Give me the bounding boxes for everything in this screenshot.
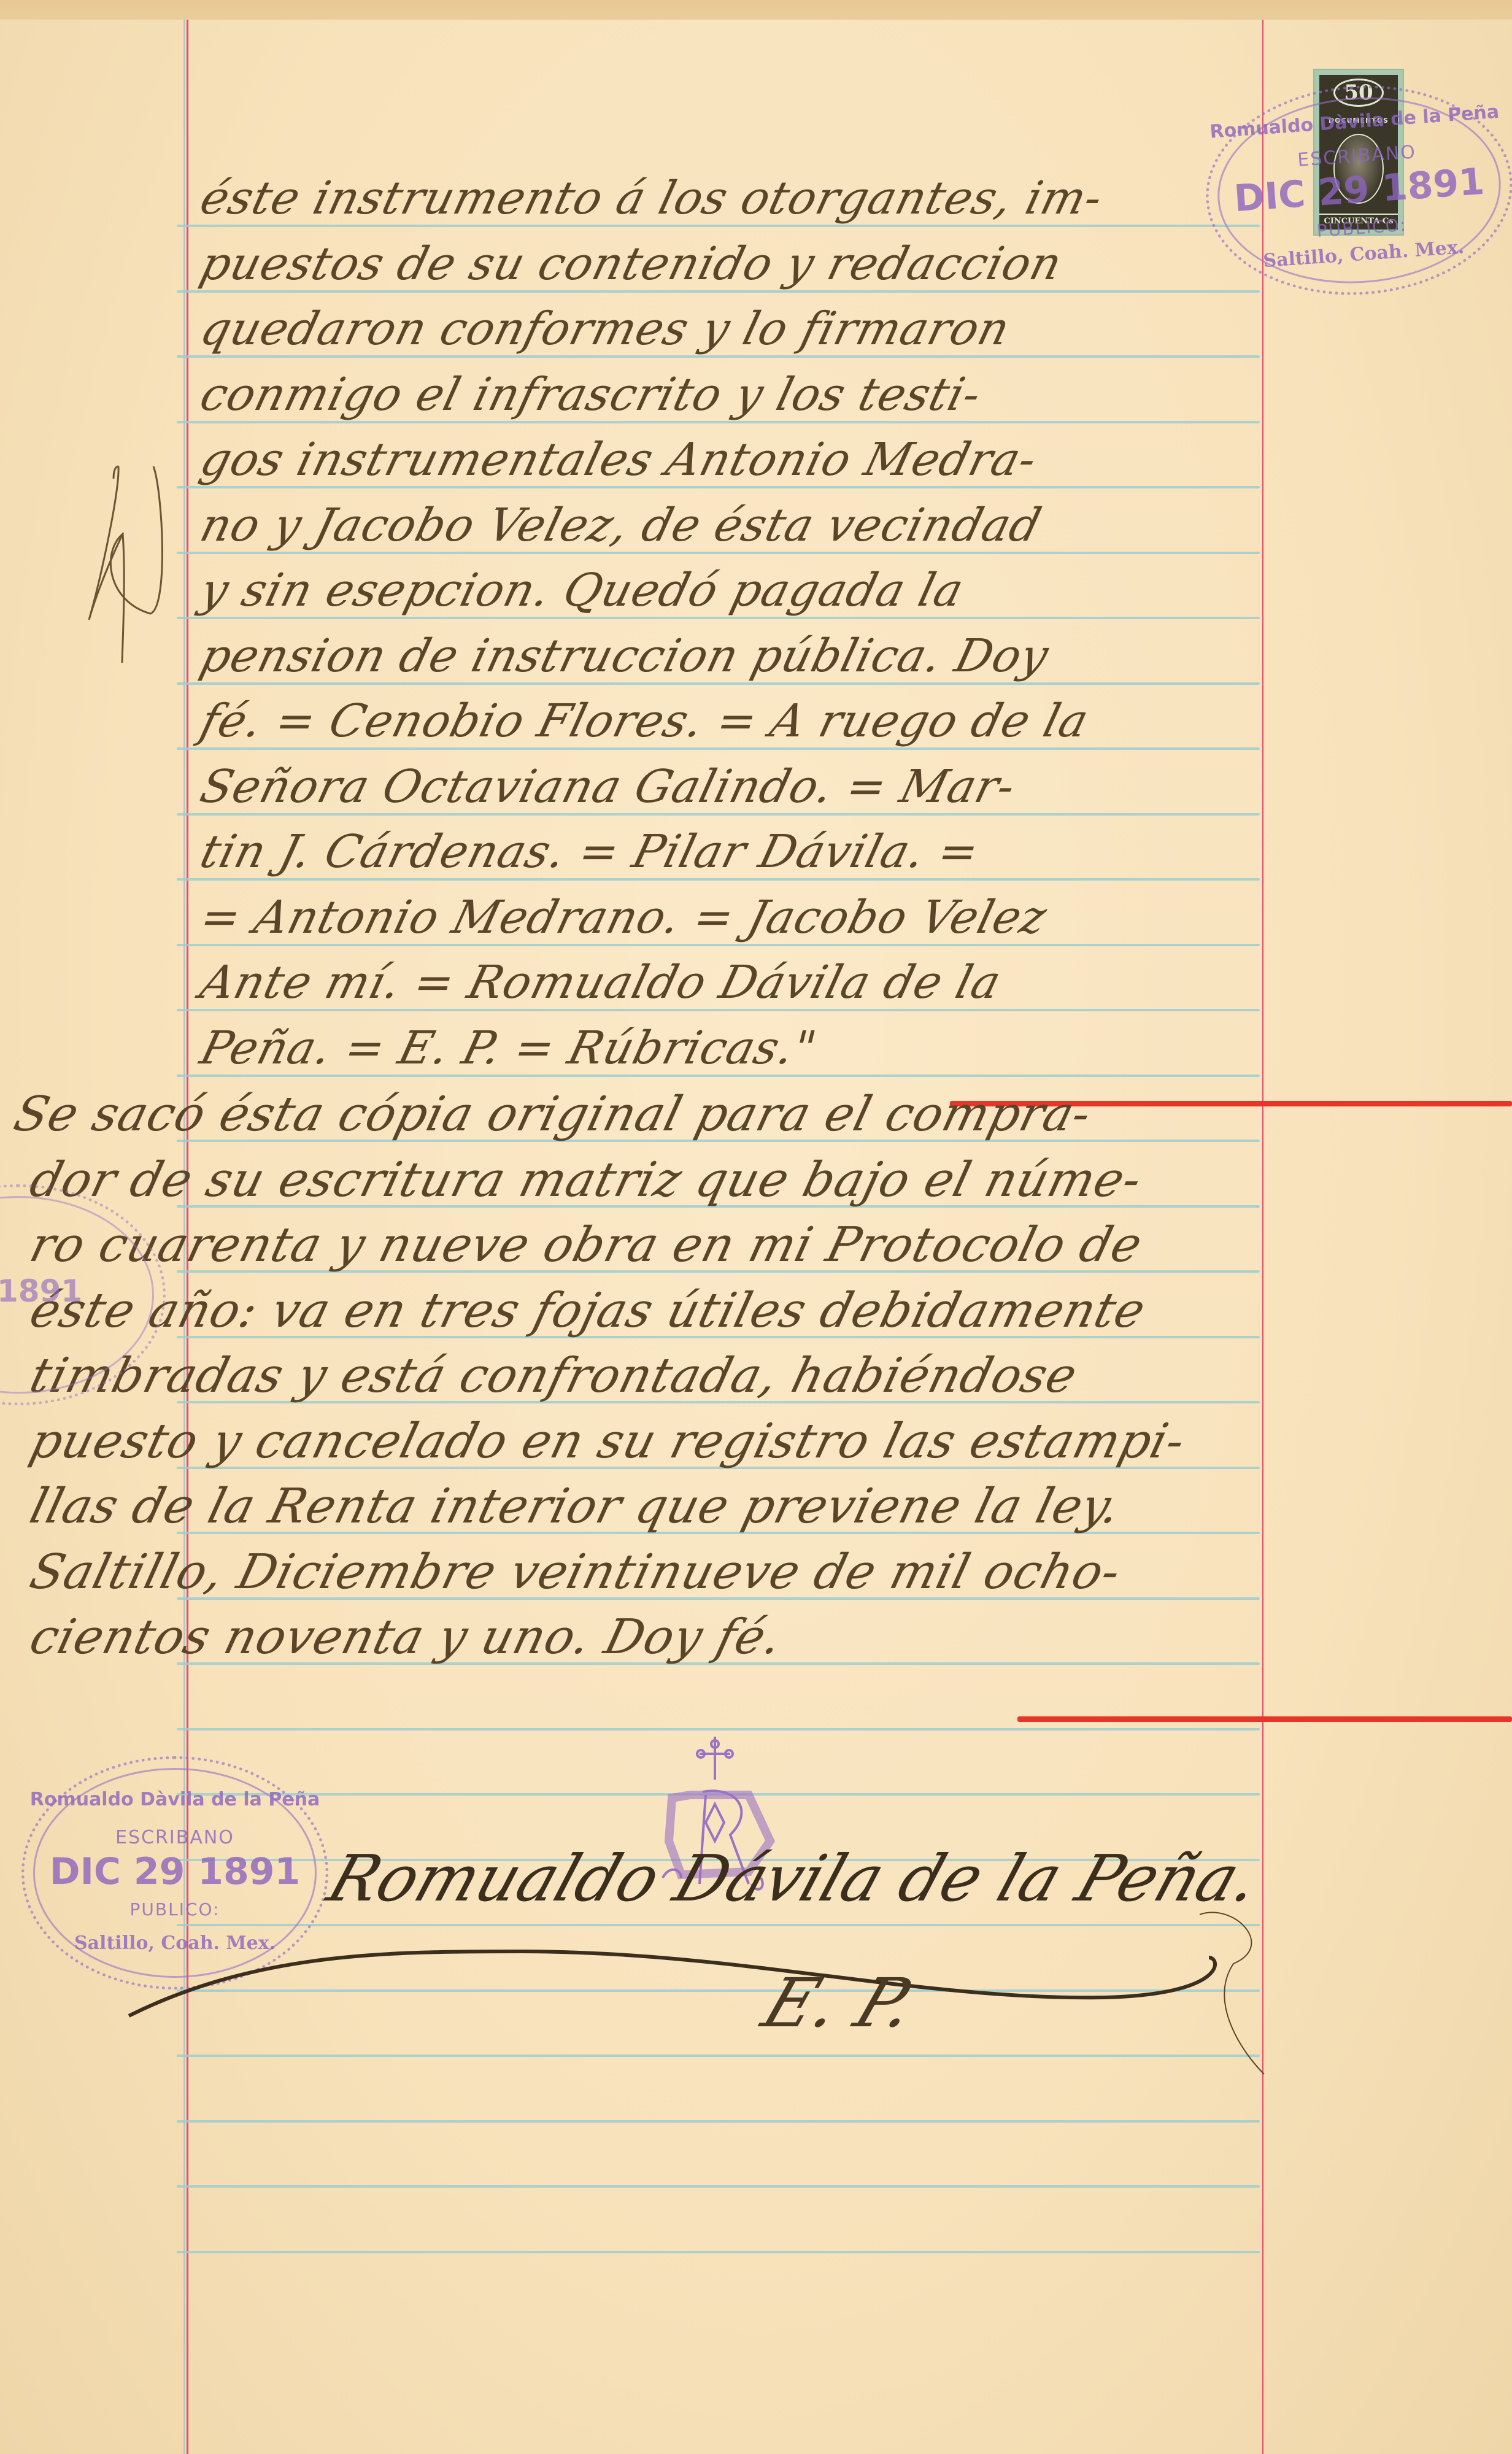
certificate-text-line: dor de su escritura matriz que bajo el n…: [25, 1152, 1147, 1208]
deed-text-line: puestos de su contenido y redaccion: [195, 237, 1068, 290]
certificate-text-line: ro cuarenta y nueve obra en mi Protocolo…: [25, 1217, 1148, 1273]
closing-red-rule-2: [1017, 1716, 1512, 1722]
seal-escribano: ESCRIBANO: [25, 1827, 325, 1848]
ruled-line: [177, 1924, 1260, 1926]
deed-text-line: quedaron conformes y lo firmaron: [195, 303, 1016, 355]
ruled-line: [177, 486, 1260, 488]
signature-name: Romualdo Dávila de la Peña.: [319, 1841, 1269, 1916]
page-top-fold: [0, 0, 1512, 21]
certificate-text-line: llas de la Renta interior que previene l…: [25, 1479, 1126, 1534]
ruled-line: [177, 552, 1260, 554]
deed-text-line: gos instrumentales Antonio Medra-: [195, 433, 1043, 486]
ruled-line: [177, 944, 1260, 946]
ruled-line: [177, 1989, 1260, 1992]
notary-signature: Romualdo Dávila de la Peña.: [319, 1841, 1269, 1916]
deed-text-line: = Antonio Medrano. = Jacobo Velez: [195, 891, 1052, 944]
certificate-text-line: Saltillo, Diciembre veintinueve de mil o…: [25, 1545, 1127, 1600]
certificate-text-line: Se sacó ésta cópia original para el comp…: [9, 1087, 1097, 1142]
deed-text-line: conmigo el infrascrito y los testi-: [195, 368, 987, 421]
ruled-line: [177, 2055, 1260, 2057]
seal-date: DIC 29 1891: [25, 1850, 325, 1893]
notary-title-ep: E. P.: [753, 1964, 927, 2042]
ruled-line: [177, 1728, 1260, 1731]
deed-text-line: Peña. = E. P. = Rúbricas.": [195, 1022, 822, 1075]
signature-title: E. P.: [753, 1964, 927, 2042]
ruled-line: [177, 290, 1260, 293]
certificate-text-line: puesto y cancelado en su registro las es…: [25, 1414, 1191, 1469]
certificate-text-line: timbradas y está confrontada, habiéndose: [25, 1348, 1083, 1403]
ruled-line: [177, 747, 1260, 750]
marginal-flourish-mark: [77, 454, 163, 657]
ruled-line: [177, 421, 1260, 423]
notary-seal-bottom-left: Romualdo Dàvila de la Peña ESCRIBANO DIC…: [21, 1756, 328, 1989]
seal-arc-text: Romualdo Dàvila de la Peña: [25, 1789, 325, 1810]
deed-text-line: y sin esepcion. Quedó pagada la: [195, 564, 969, 617]
ruled-line: [177, 617, 1260, 619]
seal-date: 1891: [0, 1273, 163, 1309]
deed-text-line: fé. = Cenobio Flores. = A ruego de la: [195, 695, 1094, 747]
ruled-line: [177, 2251, 1260, 2253]
ruled-line: [177, 225, 1260, 227]
certificate-text-line: cientos noventa y uno. Doy fé.: [25, 1610, 788, 1665]
deed-text-line: no y Jacobo Velez, de ésta vecindad: [195, 499, 1047, 552]
ruled-line: [177, 2185, 1260, 2188]
deed-text-line: Ante mí. = Romualdo Dávila de la: [195, 956, 1006, 1009]
deed-text-line: éste instrumento á los otorgantes, im-: [195, 172, 1108, 225]
ruled-line: [177, 355, 1260, 358]
ruled-line: [177, 682, 1260, 685]
seal-publico: PUBLICO:: [25, 1899, 325, 1920]
ruled-line: [177, 1009, 1260, 1011]
deed-text-line: tin J. Cárdenas. = Pilar Dávila. =: [195, 825, 984, 878]
seal-place: Saltillo, Coah. Mex.: [25, 1932, 325, 1954]
deed-text-line: pension de instruccion pública. Doy: [195, 630, 1054, 682]
certificate-text-line: éste año: va en tres fojas útiles debida…: [25, 1283, 1151, 1338]
ruled-line: [177, 813, 1260, 816]
ruled-line: [177, 878, 1260, 881]
ruled-line: [177, 1075, 1260, 1077]
right-margin-red-line: [1262, 20, 1263, 2454]
deed-text-line: Señora Octaviana Galindo. = Mar-: [195, 760, 1021, 813]
ruled-line: [177, 2120, 1260, 2123]
